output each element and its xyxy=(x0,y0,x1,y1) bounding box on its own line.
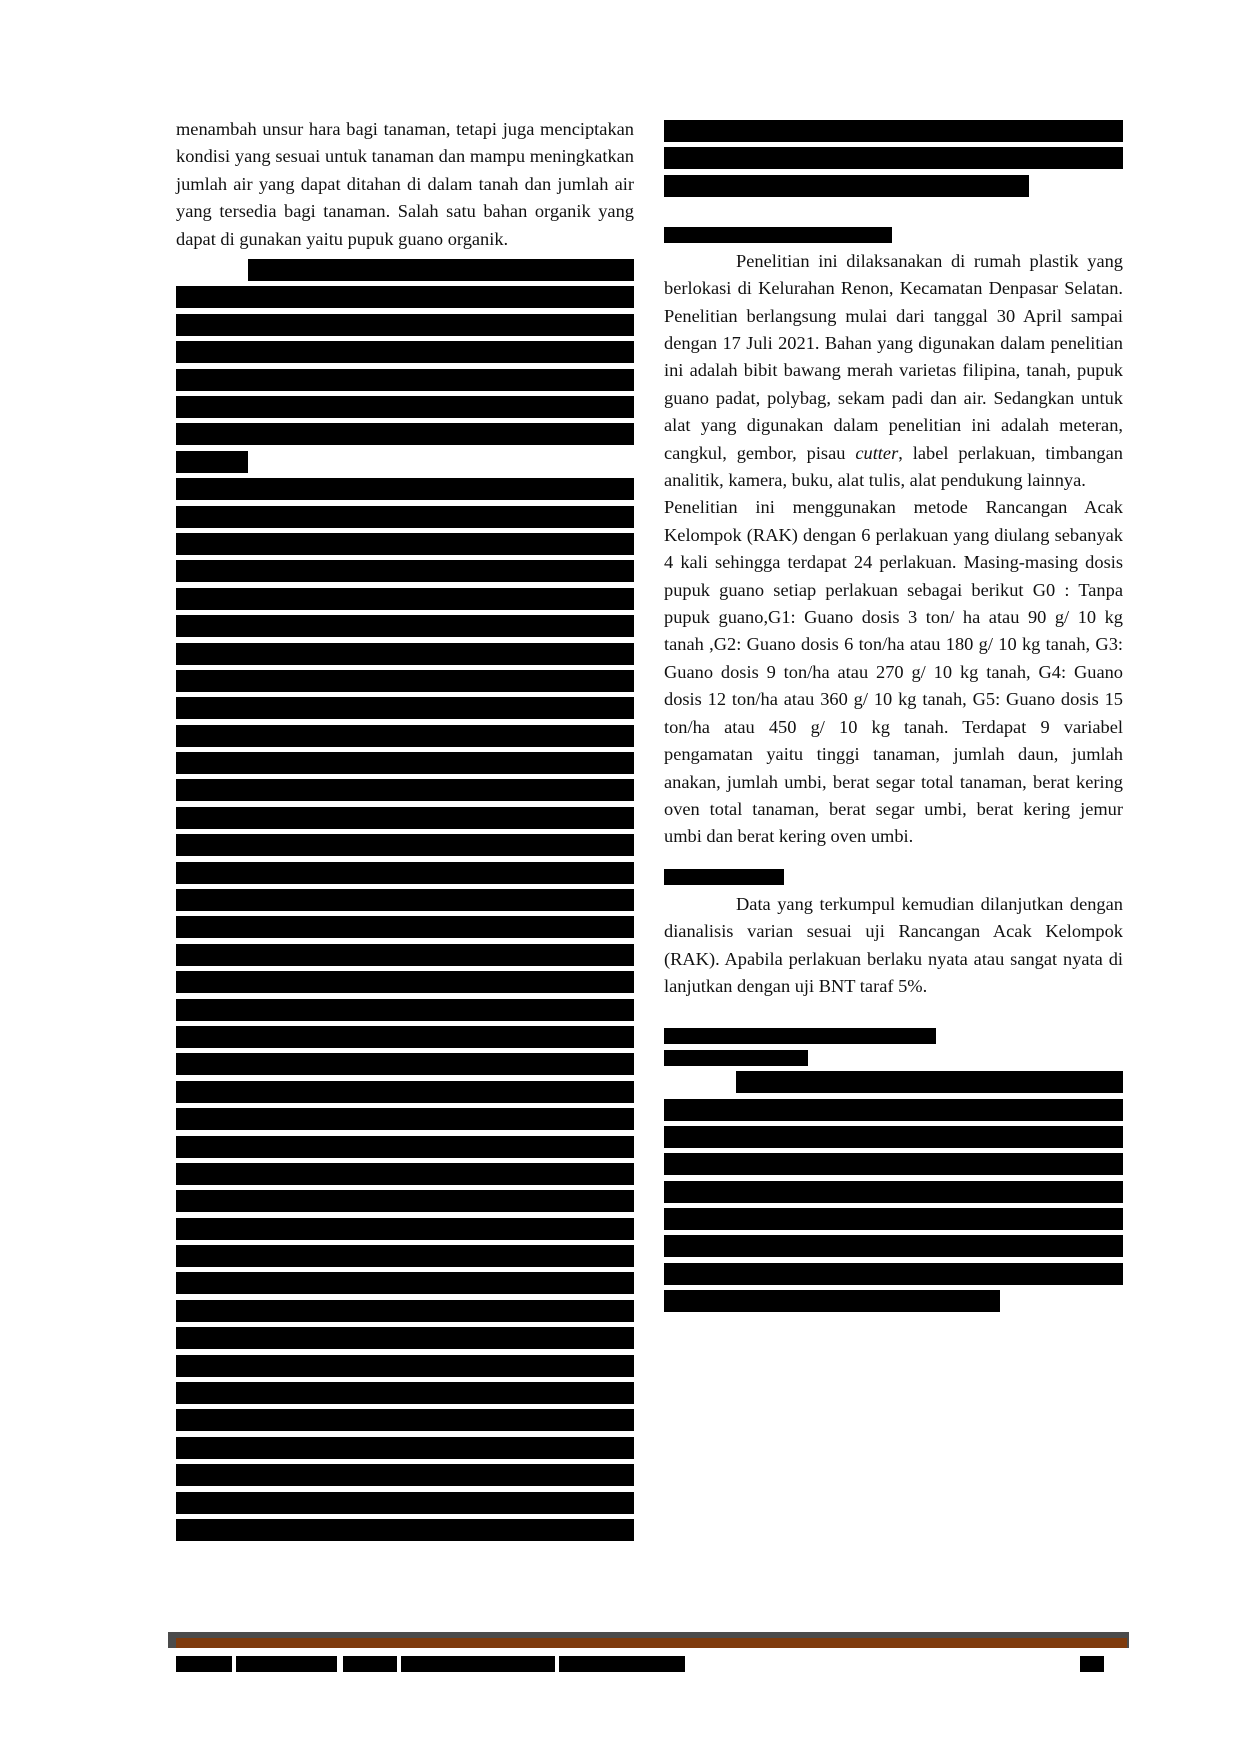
footer-rule-stripe xyxy=(176,1638,1127,1648)
redacted-footer-segment xyxy=(401,1656,555,1672)
redacted-footer-segment xyxy=(176,1656,232,1672)
redacted-line xyxy=(664,1181,1123,1203)
methods-paragraph-2: Penelitian ini menggunakan metode Rancan… xyxy=(664,494,1123,850)
redacted-line xyxy=(176,1437,634,1459)
redacted-footer-segment xyxy=(236,1656,337,1672)
redacted-line xyxy=(176,889,634,911)
redacted-line xyxy=(176,862,634,884)
footer-rule xyxy=(168,1632,1129,1648)
redacted-line xyxy=(664,120,1123,142)
redacted-line xyxy=(664,1126,1123,1148)
redacted-line xyxy=(176,1355,634,1377)
redacted-line xyxy=(176,1245,634,1267)
redacted-line xyxy=(664,1263,1123,1285)
redacted-results-section xyxy=(664,1028,1123,1312)
redacted-line xyxy=(176,916,634,938)
redacted-line xyxy=(176,1190,634,1212)
redacted-line xyxy=(176,341,634,363)
redacted-line xyxy=(176,999,634,1021)
redacted-footer-segment xyxy=(559,1656,685,1672)
redacted-line xyxy=(664,1208,1123,1230)
results-heading-line xyxy=(664,1028,936,1044)
redacted-line xyxy=(176,1300,634,1322)
analysis-heading xyxy=(664,869,784,885)
redacted-line xyxy=(176,944,634,966)
redacted-line xyxy=(664,1099,1123,1121)
redacted-line xyxy=(176,1026,634,1048)
redacted-line xyxy=(176,1163,634,1185)
redacted-line xyxy=(664,1290,1000,1312)
redacted-line xyxy=(664,147,1123,169)
redacted-line xyxy=(176,1053,634,1075)
redacted-line xyxy=(664,175,1029,197)
redacted-line xyxy=(176,1272,634,1294)
redacted-line xyxy=(176,615,634,637)
redacted-line xyxy=(176,588,634,610)
redacted-line xyxy=(176,1519,634,1541)
redacted-line xyxy=(176,396,634,418)
redacted-line xyxy=(176,1327,634,1349)
redacted-line xyxy=(176,506,634,528)
redacted-line xyxy=(176,1218,634,1240)
redacted-line xyxy=(176,286,634,308)
redacted-line xyxy=(664,1153,1123,1175)
redacted-line xyxy=(664,1235,1123,1257)
redacted-line xyxy=(176,1409,634,1431)
intro-paragraph: menambah unsur hara bagi tanaman, tetapi… xyxy=(176,116,634,253)
redacted-line xyxy=(176,369,634,391)
redacted-line xyxy=(176,971,634,993)
redacted-line xyxy=(176,697,634,719)
redacted-line xyxy=(736,1071,1123,1093)
redacted-line xyxy=(176,423,634,445)
redacted-right-top xyxy=(664,120,1123,197)
redacted-line xyxy=(176,1464,634,1486)
redacted-line xyxy=(176,643,634,665)
analysis-paragraph: Data yang terkumpul kemudian dilanjutkan… xyxy=(664,891,1123,1001)
redacted-line xyxy=(248,259,634,281)
redacted-line xyxy=(176,807,634,829)
methods-text-italic: cutter xyxy=(855,443,898,463)
redacted-line xyxy=(176,725,634,747)
redacted-line xyxy=(176,752,634,774)
left-column: menambah unsur hara bagi tanaman, tetapi… xyxy=(176,116,634,1546)
redacted-line xyxy=(176,834,634,856)
right-column: Penelitian ini dilaksanakan di rumah pla… xyxy=(664,116,1123,1318)
redacted-line xyxy=(176,560,634,582)
redacted-line xyxy=(176,670,634,692)
redacted-line xyxy=(176,1081,634,1103)
methods-heading xyxy=(664,227,892,243)
redacted-line xyxy=(176,314,634,336)
redacted-line xyxy=(176,779,634,801)
redacted-footer-segment xyxy=(343,1656,397,1672)
results-heading-line xyxy=(664,1050,808,1066)
redacted-line xyxy=(176,478,634,500)
redacted-line xyxy=(176,533,634,555)
methods-text-a: Penelitian ini dilaksanakan di rumah pla… xyxy=(664,251,1123,463)
redacted-left-body xyxy=(176,259,634,1541)
page-number xyxy=(1080,1656,1104,1672)
redacted-line xyxy=(176,451,248,473)
redacted-line xyxy=(176,1382,634,1404)
methods-paragraph-1: Penelitian ini dilaksanakan di rumah pla… xyxy=(664,248,1123,495)
redacted-line xyxy=(176,1136,634,1158)
redacted-line xyxy=(176,1492,634,1514)
redacted-line xyxy=(176,1108,634,1130)
